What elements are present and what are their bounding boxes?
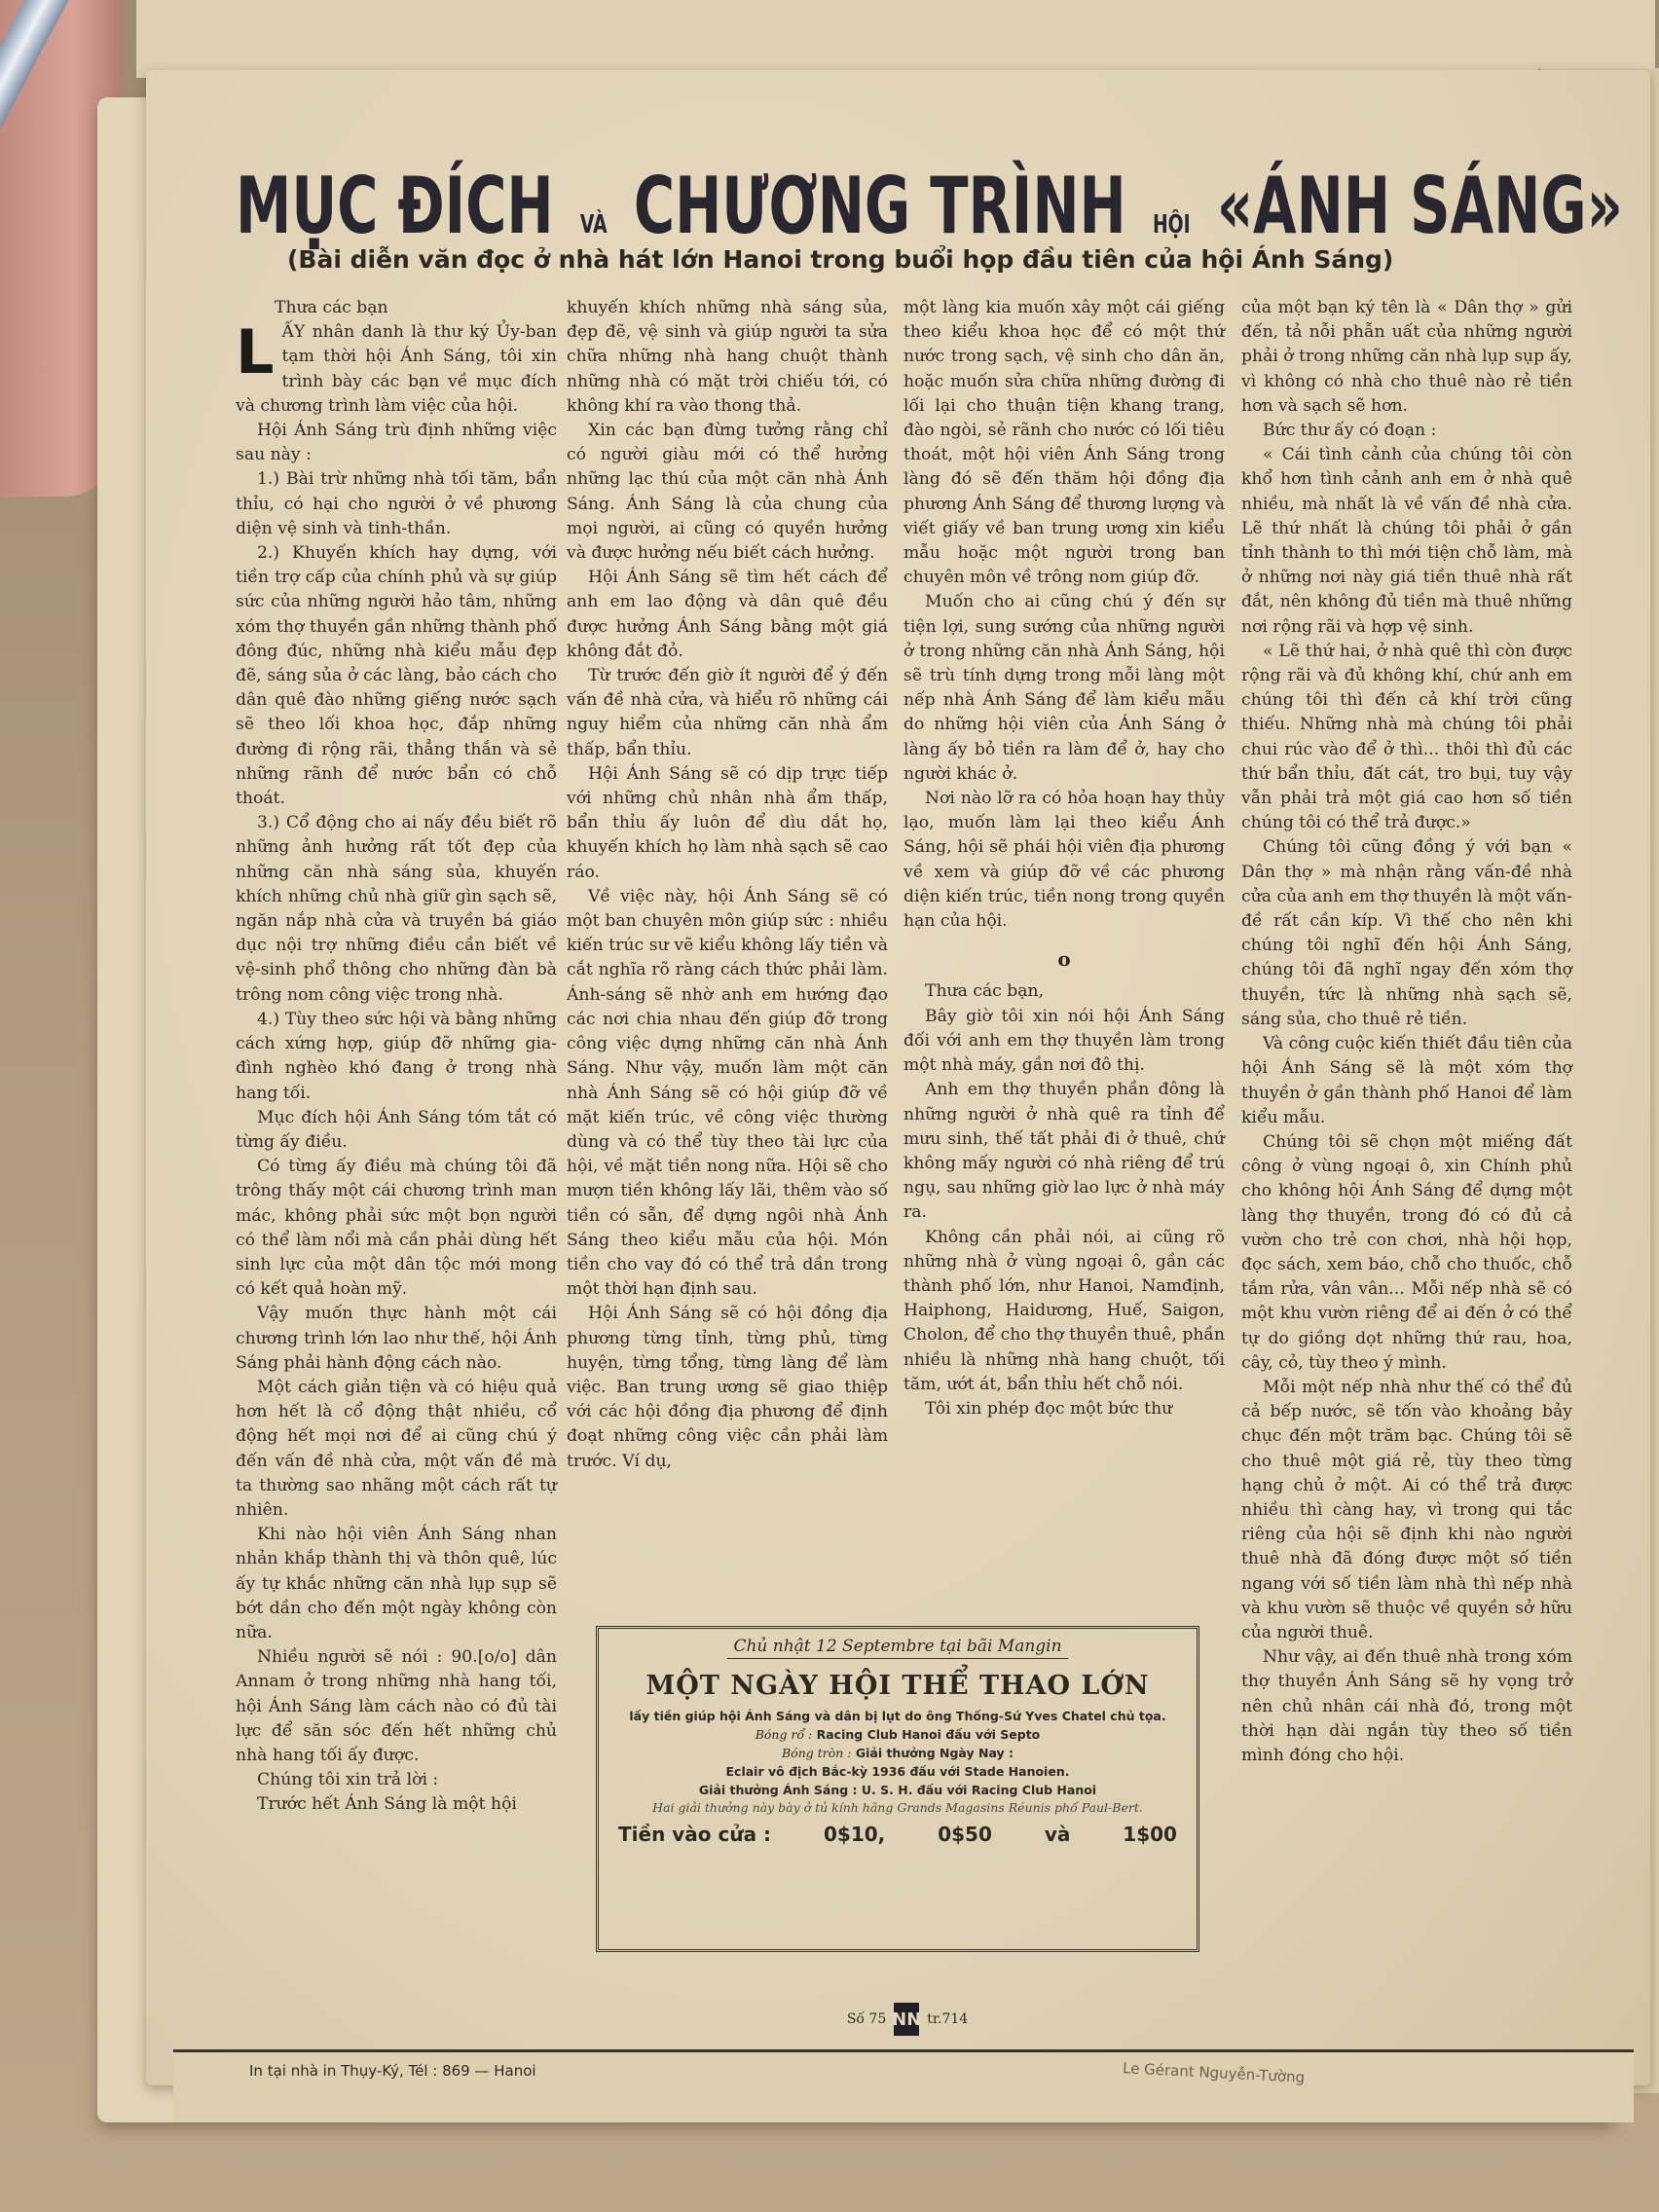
paragraph: của một bạn ký tên là « Dân thợ » gửi đế… — [1241, 296, 1572, 419]
column-2: khuyến khích những nhà sáng sủa, đẹp đẽ,… — [567, 296, 888, 1474]
paragraph: Bây giờ tôi xin nói hội Ánh Sáng đối với… — [903, 1005, 1225, 1079]
paragraph: Hội Ánh Sáng sẽ có dịp trực tiếp với nhữ… — [567, 762, 888, 885]
paragraph: Mỗi một nếp nhà như thế có thể đủ cả bếp… — [1241, 1376, 1572, 1645]
ad-price: 1$00 — [1123, 1823, 1177, 1846]
imprint-strip: In tại nhà in Thụy-Ký, Tél : 869 — Hanoi… — [173, 2049, 1634, 2122]
ad-title: MỘT NGÀY HỘI THỂ THAO LỚN — [612, 1671, 1183, 1701]
paragraph: 3.) Cổ động cho ai nấy đều biết rõ những… — [236, 811, 557, 1008]
paragraph: Về việc này, hội Ánh Sáng sẽ có một ban … — [567, 885, 888, 1302]
salutation: Thưa các bạn — [236, 296, 557, 320]
paragraph: Có từng ấy điều mà chúng tôi đã trông th… — [236, 1155, 557, 1302]
paragraph: LẤY nhân danh là thư ký Ủy-ban tạm thời … — [236, 320, 557, 419]
dropcap: L — [236, 326, 275, 379]
headline-part2: CHƯƠNG TRÌNH — [634, 161, 1126, 251]
paragraph: Chúng tôi sẽ chọn một miếng đất công ở v… — [1241, 1130, 1572, 1376]
paragraph: Mục đích hội Ánh Sáng tóm tắt có từng ấy… — [236, 1106, 557, 1155]
ad-event-text: Giải thưởng Ánh Sáng : U. S. H. đấu với … — [699, 1783, 1096, 1797]
newspaper-page: MỤC ĐÍCH VÀ CHƯƠNG TRÌNH HỘI «ÁNH SÁNG» … — [146, 70, 1650, 2085]
headline-small: HỘI — [1153, 210, 1191, 240]
ad-event-text: Eclair vô địch Bắc-kỳ 1936 đấu với Stade… — [726, 1764, 1070, 1779]
paragraph: Anh em thợ thuyền phần đông là những ngư… — [903, 1078, 1225, 1225]
printer-imprint: In tại nhà in Thụy-Ký, Tél : 869 — Hanoi — [249, 2062, 536, 2080]
paragraph: 2.) Khuyến khích hay dựng, với tiền trợ … — [236, 541, 557, 811]
ad-event-text: Giải thưởng Ngày Nay : — [856, 1746, 1014, 1760]
ad-event-text: Racing Club Hanoi đấu với Septo — [817, 1727, 1041, 1742]
ad-price-label: Tiền vào cửa : — [618, 1823, 771, 1846]
ad-price: 0$10, — [824, 1823, 885, 1846]
subtitle: (Bài diễn văn đọc ở nhà hát lớn Hanoi tr… — [287, 245, 1650, 274]
paragraph: Bức thư ấy có đoạn : — [1241, 419, 1572, 443]
gerant-line: Le Gérant Nguyễn-Tường — [1123, 2059, 1306, 2086]
page-folio: Số 75 NN tr.714 — [810, 2003, 1005, 2036]
paragraph-text: ẤY nhân danh là thư ký Ủy-ban tạm thời h… — [236, 322, 557, 416]
paragraph: Vậy muốn thực hành một cái chương trình … — [236, 1302, 557, 1376]
paragraph: 1.) Bài trừ những nhà tối tăm, bẩn thỉu,… — [236, 467, 557, 541]
headline-part1: MỤC ĐÍCH — [236, 161, 554, 251]
headline-conj: VÀ — [580, 210, 608, 240]
ad-event: Bóng tròn : Giải thưởng Ngày Nay : — [612, 1744, 1183, 1762]
ad-admission-prices: Tiền vào cửa : 0$10, 0$50 và 1$00 — [612, 1823, 1183, 1846]
issue-number: Số 75 — [847, 2011, 886, 2027]
ad-event-label: Bóng tròn : — [782, 1746, 852, 1760]
background-page — [136, 0, 1655, 78]
ad-note: Hai giải thưởng này bày ở tủ kính hãng G… — [612, 1799, 1183, 1817]
column-4: của một bạn ký tên là « Dân thợ » gửi đế… — [1241, 296, 1572, 1768]
paragraph: Một cách giản tiện và có hiệu quả hơn hế… — [236, 1376, 557, 1523]
ad-date-line: Chủ nhật 12 Septembre tại bãi Mangin — [727, 1637, 1067, 1659]
paragraph: Nơi nào lỡ ra có hỏa hoạn hay thủy lạo, … — [903, 787, 1225, 934]
paragraph: Từ trước đến giờ ít người để ý đến vấn đ… — [567, 664, 888, 762]
paragraph: một làng kia muốn xây một cái giếng theo… — [903, 296, 1225, 590]
paragraph: Hội Ánh Sáng trù định những việc sau này… — [236, 419, 557, 467]
page-number: tr.714 — [927, 2011, 968, 2027]
column-1: Thưa các bạn LẤY nhân danh là thư ký Ủy-… — [236, 296, 557, 1818]
paragraph: Như vậy, ai đến thuê nhà trong xóm thợ t… — [1241, 1645, 1572, 1768]
paragraph: 4.) Tùy theo sức hội và bằng những cách … — [236, 1008, 557, 1106]
paragraph: Chúng tôi cũng đồng ý với bạn « Dân thợ … — [1241, 835, 1572, 1032]
paragraph: Muốn cho ai cũng chú ý đến sự tiện lợi, … — [903, 590, 1225, 787]
ad-price: 0$50 — [938, 1823, 992, 1846]
section-separator-icon: o — [903, 947, 1225, 972]
ad-event-label: Bóng rổ : — [756, 1727, 813, 1742]
headline-part3: «ÁNH SÁNG» — [1217, 161, 1623, 251]
paragraph: Chúng tôi xin trả lời : — [236, 1768, 557, 1792]
paragraph: Nhiều người sẽ nói : 90.[o/o] dân Annam … — [236, 1645, 557, 1768]
ngay-nay-logo-icon: NN — [894, 2003, 919, 2036]
paragraph: khuyến khích những nhà sáng sủa, đẹp đẽ,… — [567, 296, 888, 419]
paragraph: « Lẽ thứ hai, ở nhà quê thì còn được rộn… — [1241, 640, 1572, 836]
paragraph: Hội Ánh Sáng sẽ có hội đồng địa phương t… — [567, 1302, 888, 1473]
ad-event: Giải thưởng Ánh Sáng : U. S. H. đấu với … — [612, 1781, 1183, 1799]
ad-purpose: lấy tiền giúp hội Ánh Sáng và dân bị lụt… — [612, 1707, 1183, 1725]
paragraph: Trước hết Ánh Sáng là một hội — [236, 1792, 557, 1817]
paragraph: Khi nào hội viên Ánh Sáng nhan nhản khắp… — [236, 1523, 557, 1645]
paragraph: Và công cuộc kiến thiết đầu tiên của hội… — [1241, 1032, 1572, 1130]
sports-event-advertisement: Chủ nhật 12 Septembre tại bãi Mangin MỘT… — [596, 1626, 1199, 1952]
paragraph: Xin các bạn đừng tưởng rằng chỉ có người… — [567, 419, 888, 566]
paragraph: « Cái tình cảnh của chúng tôi còn khổ hơ… — [1241, 443, 1572, 640]
paragraph: Hội Ánh Sáng sẽ tìm hết cách để anh em l… — [567, 566, 888, 664]
ad-event: Eclair vô địch Bắc-kỳ 1936 đấu với Stade… — [612, 1762, 1183, 1781]
column-3: một làng kia muốn xây một cái giếng theo… — [903, 296, 1225, 1421]
paragraph: Tôi xin phép đọc một bức thư — [903, 1397, 1225, 1421]
salutation: Thưa các bạn, — [903, 979, 1225, 1004]
ad-event: Bóng rổ : Racing Club Hanoi đấu với Sept… — [612, 1725, 1183, 1744]
ad-price-conj: và — [1045, 1823, 1071, 1846]
paragraph: Không cần phải nói, ai cũng rõ những nhà… — [903, 1226, 1225, 1397]
